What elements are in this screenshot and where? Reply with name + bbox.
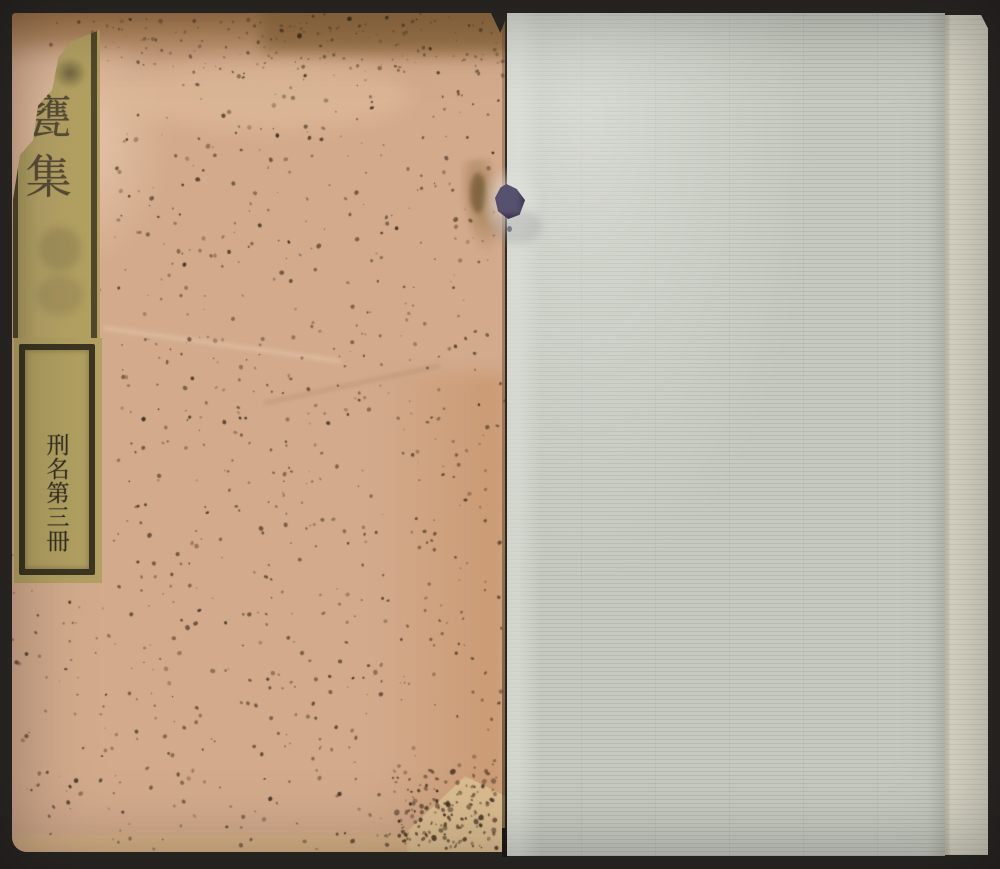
damaged-character-remnant xyxy=(53,57,87,89)
volume-character: 名 xyxy=(14,458,102,482)
volume-character: 刑 xyxy=(14,434,102,458)
book-photo-backdrop: 甕 集 刑 名 第 三 冊 xyxy=(0,0,1000,869)
spine-volume-label: 刑 名 第 三 冊 xyxy=(14,338,102,583)
faded-ink-ghost xyxy=(39,227,81,271)
blank-leaf xyxy=(507,13,945,856)
volume-character: 第 xyxy=(14,482,102,506)
volume-character: 冊 xyxy=(14,530,102,554)
ink-drip-dot xyxy=(507,226,512,232)
volume-character: 三 xyxy=(14,506,102,530)
faded-ink-ghost xyxy=(37,275,83,315)
page-edge-stack xyxy=(945,15,988,855)
title-character: 集 xyxy=(13,147,84,207)
book-cover: 甕 集 刑 名 第 三 冊 xyxy=(12,13,505,852)
volume-characters: 刑 名 第 三 冊 xyxy=(14,434,102,554)
label-border-line xyxy=(91,13,97,338)
